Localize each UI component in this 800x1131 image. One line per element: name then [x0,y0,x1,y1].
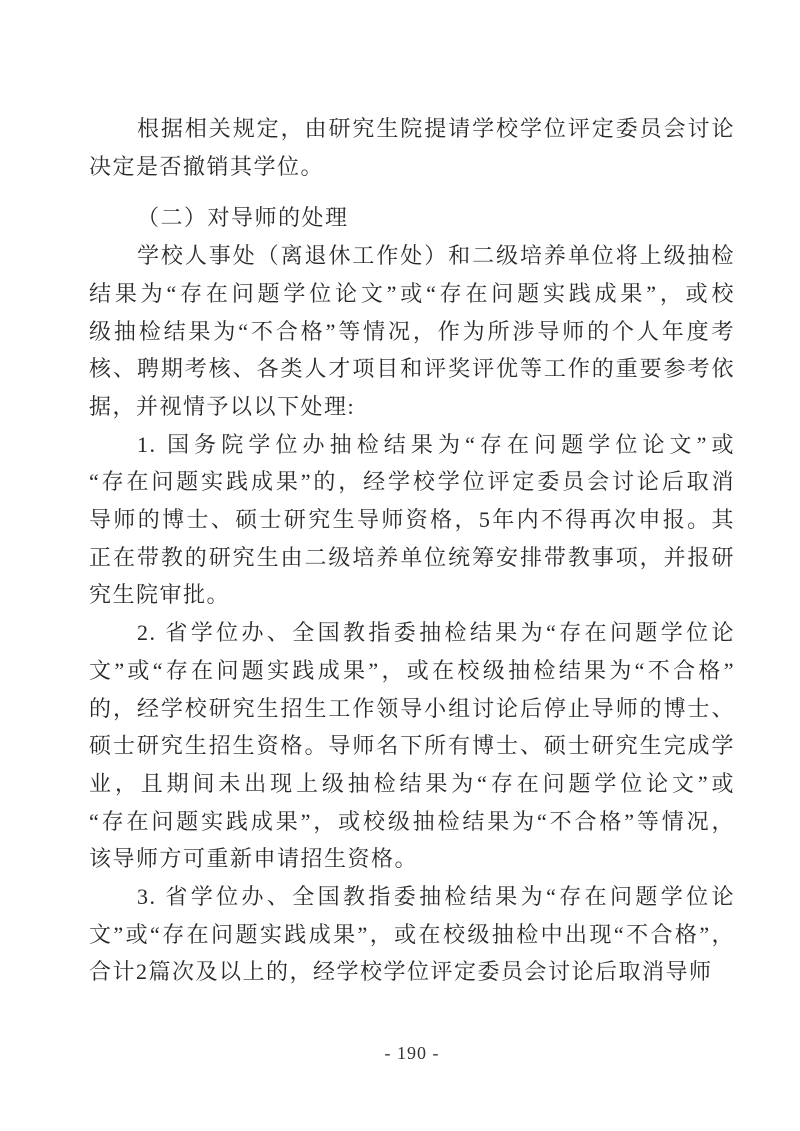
document-page: 根据相关规定，由研究生院提请学校学位评定委员会讨论 决定是否撤销其学位。 （二）… [0,0,800,1131]
text-line: 根据相关规定，由研究生院提请学校学位评定委员会讨论 [89,110,735,148]
text-line: 据，并视情予以以下处理: [89,388,735,426]
text-line: 硕士研究生招生资格。导师名下所有博士、硕士研究生完成学 [89,727,735,765]
list-item-3-line: 3. 省学位办、全国教指委抽检结果为“存在问题学位论 [89,878,735,916]
section-heading: （二）对导师的处理 [89,199,735,237]
document-body: 根据相关规定，由研究生院提请学校学位评定委员会讨论 决定是否撤销其学位。 （二）… [89,110,735,991]
text-line: 核、聘期考核、各类人才项目和评奖评优等工作的重要参考依 [89,350,735,388]
text-line: “存在问题实践成果”，或校级抽检结果为“不合格”等情况， [89,803,735,841]
text-line: 级抽检结果为“不合格”等情况，作为所涉导师的个人年度考 [89,313,735,351]
text-line: 合计2篇次及以上的，经学校学位评定委员会讨论后取消导师 [89,953,735,991]
list-item-2-line: 2. 省学位办、全国教指委抽检结果为“存在问题学位论 [89,614,735,652]
list-item-1-line: 1. 国务院学位办抽检结果为“存在问题学位论文”或 [89,426,735,464]
text-line: 业，且期间未出现上级抽检结果为“存在问题学位论文”或 [89,765,735,803]
text-line: 文”或“存在问题实践成果”，或在校级抽检中出现“不合格”， [89,916,735,954]
text-line: “存在问题实践成果”的，经学校学位评定委员会讨论后取消 [89,463,735,501]
text-line: 的，经学校研究生招生工作领导小组讨论后停止导师的博士、 [89,690,735,728]
text-line: 该导师方可重新申请招生资格。 [89,840,735,878]
text-line: 学校人事处（离退休工作处）和二级培养单位将上级抽检 [89,237,735,275]
text-line: 导师的博士、硕士研究生导师资格，5年内不得再次申报。其 [89,501,735,539]
text-line: 决定是否撤销其学位。 [89,148,735,186]
text-line: 究生院审批。 [89,576,735,614]
page-number: - 190 - [89,1043,735,1064]
text-line: 文”或“存在问题实践成果”，或在校级抽检结果为“不合格” [89,652,735,690]
text-line: 正在带教的研究生由二级培养单位统筹安排带教事项，并报研 [89,539,735,577]
text-line: 结果为“存在问题学位论文”或“存在问题实践成果”，或校 [89,275,735,313]
